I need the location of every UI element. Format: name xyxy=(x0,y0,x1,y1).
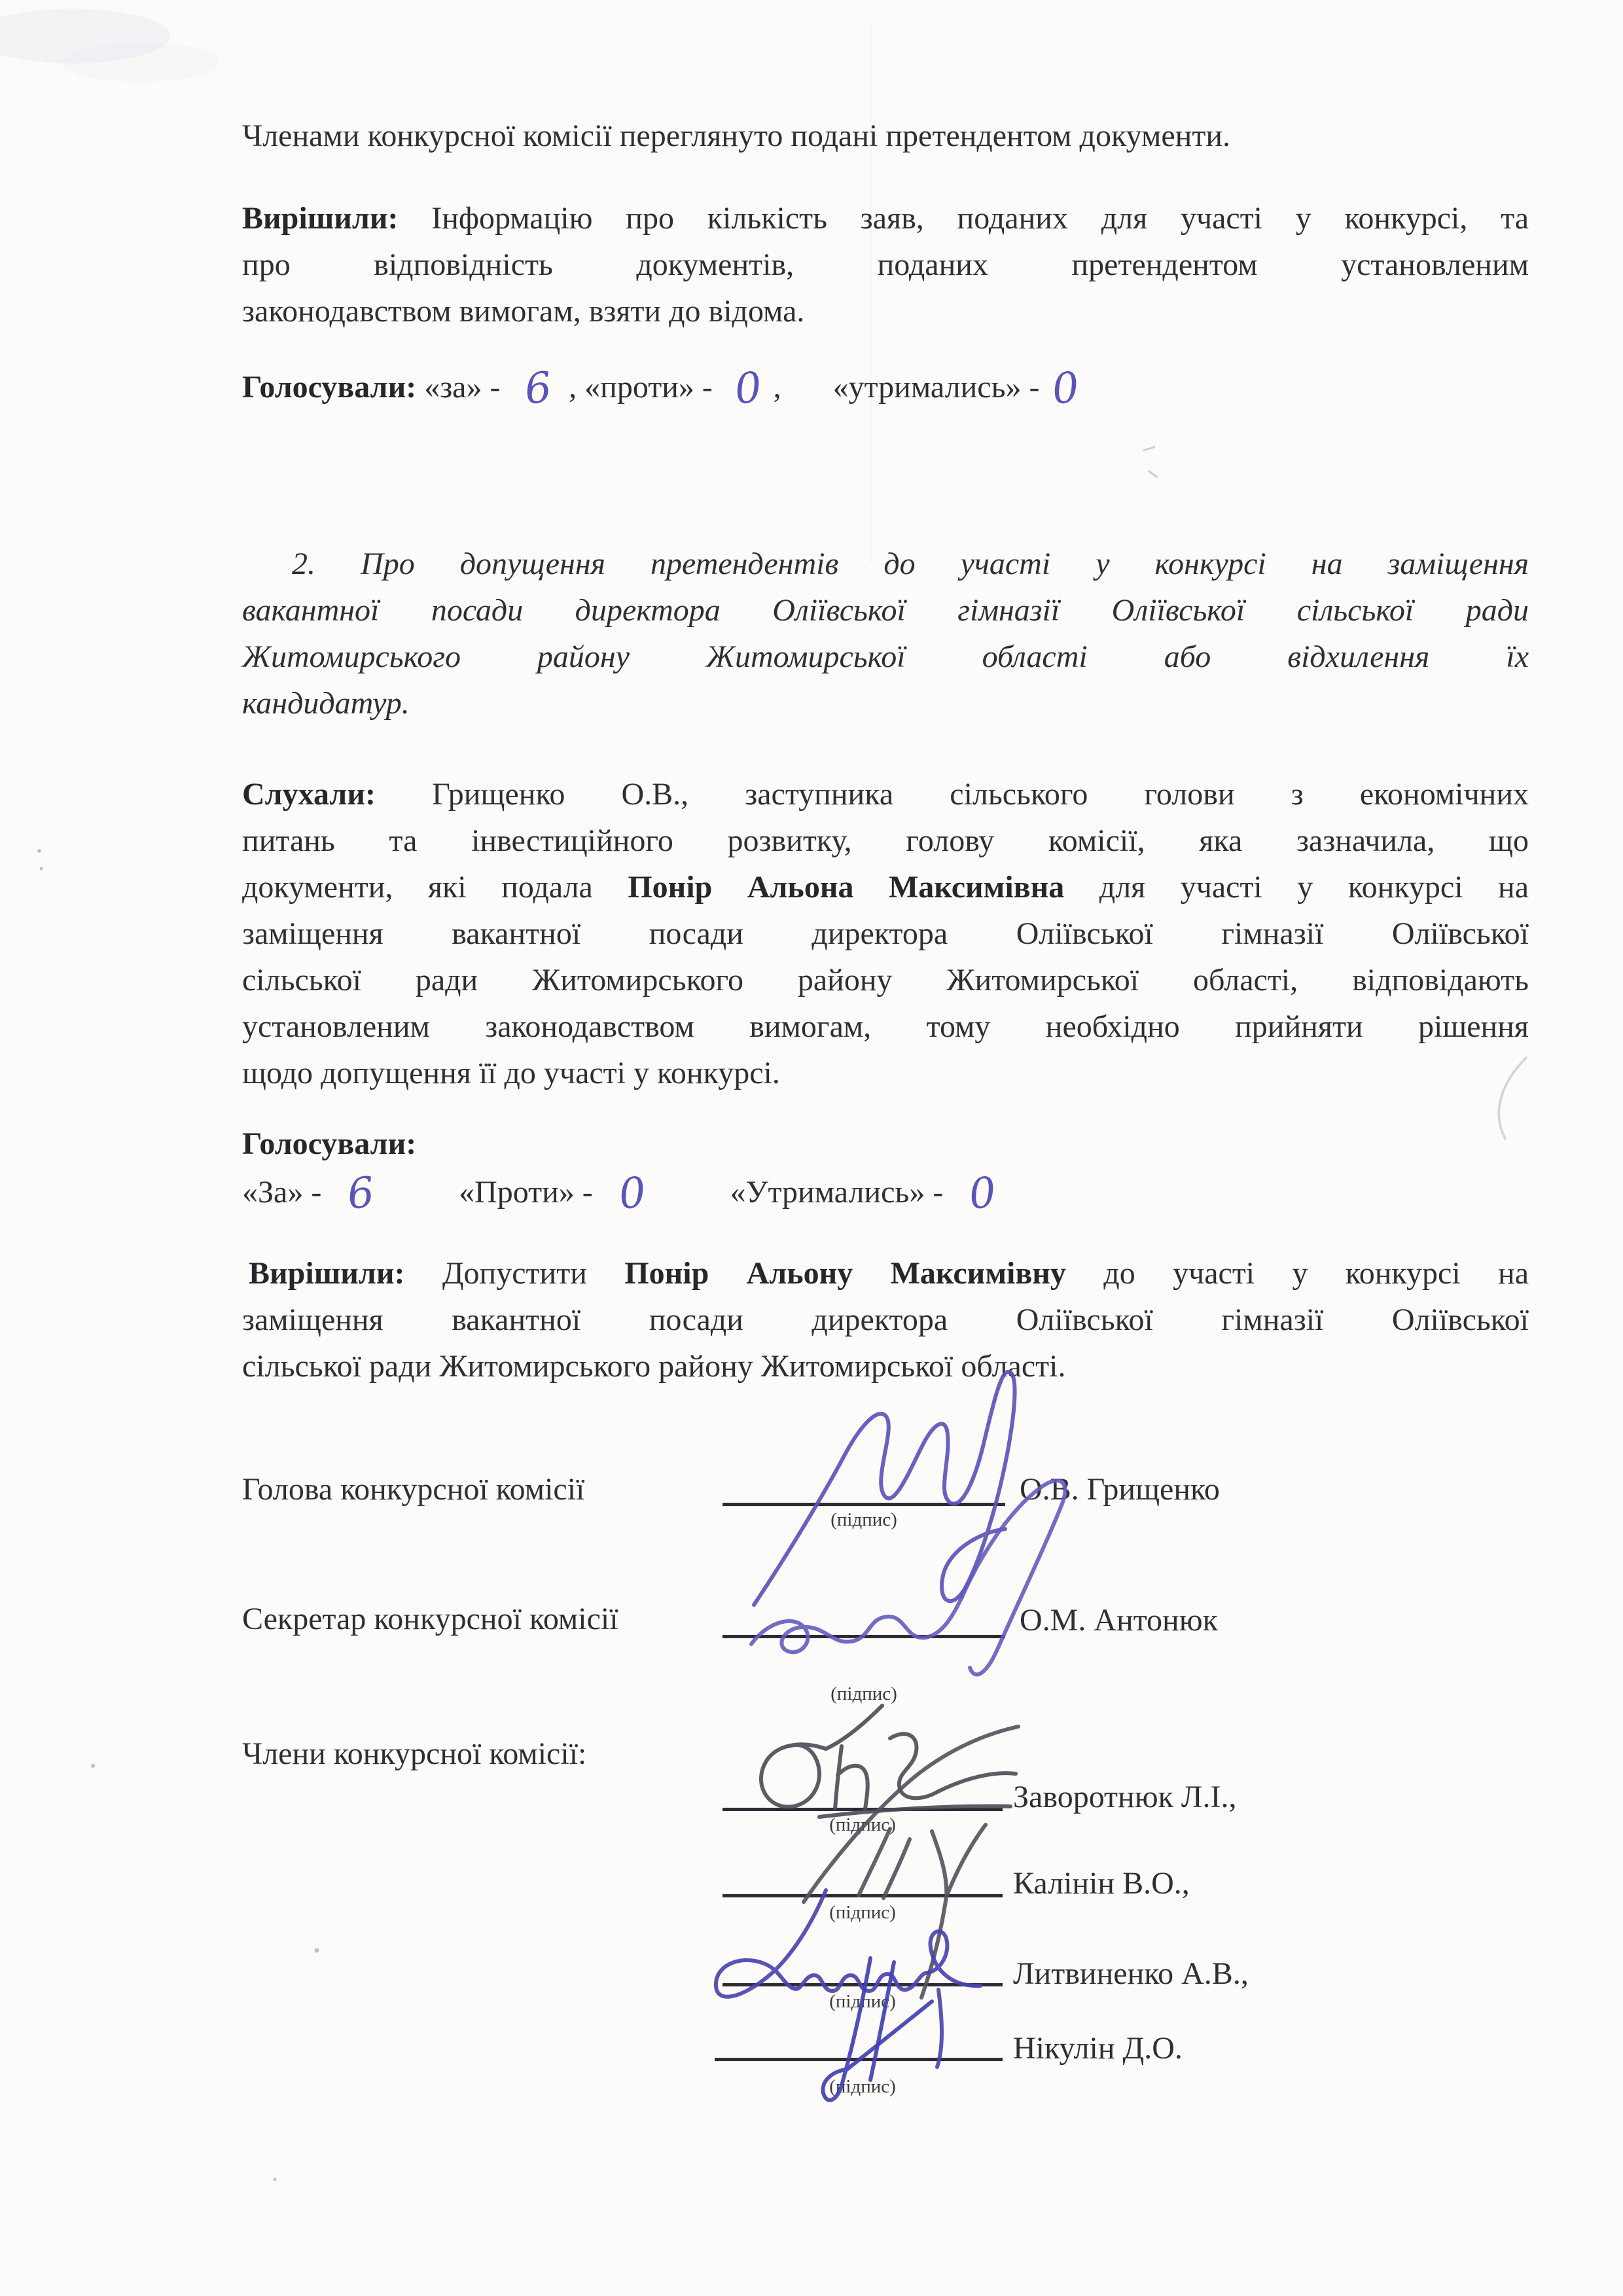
text-line: сільської ради Житомирського району Жито… xyxy=(242,1343,1529,1390)
handwritten-utrym-count: 0 xyxy=(1050,365,1082,414)
vote-1-comma: , xyxy=(774,370,781,404)
text-line: заміщення вакантної посади директора Олі… xyxy=(242,910,1529,957)
scanned-protocol-page: Членами конкурсної комісії переглянуто п… xyxy=(0,0,1623,2296)
sig-member-line xyxy=(722,1864,1003,1897)
sig-member-podpys-label: (підпис) xyxy=(722,1991,1003,2013)
text-line: законодавством вимогам, взяти до відома. xyxy=(242,288,1529,334)
text-line: кандидатур. xyxy=(242,680,1529,726)
heard-heading: Слухали: xyxy=(242,777,376,812)
sig-member-podpys-label: (підпис) xyxy=(722,1902,1003,1924)
decided-2-heading: Вирішили: xyxy=(249,1256,404,1291)
vote-1-za-label: «за» - xyxy=(424,370,500,404)
sig-head-label: Голова конкурсної комісії xyxy=(242,1471,584,1507)
text-line: 2. Про допущення претендентів до участі … xyxy=(242,541,1529,587)
vote-1-heading: Голосували: xyxy=(242,370,416,404)
vote-2-heading: Голосували: xyxy=(242,1126,416,1161)
sig-member-name: Калінін В.О., xyxy=(1013,1865,1190,1901)
scan-smudge xyxy=(0,9,170,63)
text-line: вакантної посади директора Оліївської гі… xyxy=(242,587,1529,634)
handwritten-za-count: 6 xyxy=(523,365,554,414)
sig-member-name: Нікулін Д.О. xyxy=(1013,2030,1183,2066)
vote-2-utrym-label: «Утримались» - xyxy=(730,1175,943,1210)
text-line: заміщення вакантної посади директора Олі… xyxy=(242,1297,1529,1343)
vote-1-utrym-label: «утримались» - xyxy=(833,370,1040,404)
handwritten-proty-count: 0 xyxy=(616,1170,648,1219)
text-line: питань та інвестиційного розвитку, голов… xyxy=(242,817,1529,864)
text-line: документи, які подала Понір Альона Макси… xyxy=(242,864,1529,910)
text-line: сільської ради Житомирського району Жито… xyxy=(242,957,1529,1003)
text-line: про відповідність документів, поданих пр… xyxy=(242,242,1529,288)
sig-secretary-line xyxy=(722,1604,1005,1638)
vote-line-1: Голосували: «за» - 6 , «проти» - 0 , «ут… xyxy=(242,364,1529,412)
sig-member-podpys-label: (підпис) xyxy=(722,2076,1003,2098)
handwritten-utrym-count: 0 xyxy=(967,1170,999,1219)
scan-artifact-marks xyxy=(1144,447,1157,477)
text-line: Вирішили: Допустити Понір Альону Максимі… xyxy=(242,1250,1529,1297)
sig-members-label: Члени конкурсної комісії: xyxy=(242,1736,586,1772)
handwritten-proty-count: 0 xyxy=(732,365,764,414)
sig-secretary-label: Секретар конкурсної комісії xyxy=(242,1601,618,1637)
sig-member-line xyxy=(722,1953,1003,1986)
sig-member-line xyxy=(715,2026,1003,2061)
sig-secretary-name: О.М. Антонюк xyxy=(1020,1602,1218,1638)
sig-member-podpys-label: (підпис) xyxy=(722,1814,1003,1836)
vote-line-2: «За» - 6 «Проти» - 0 «Утримались» - 0 xyxy=(242,1169,1529,1217)
text-line: установленим законодавством вимогам, том… xyxy=(242,1003,1529,1050)
sig-head-podpys-label: (підпис) xyxy=(722,1509,1005,1531)
sig-member-name: Заворотнюк Л.І., xyxy=(1013,1779,1236,1815)
sig-member-name: Литвиненко А.В., xyxy=(1013,1956,1249,1992)
handwritten-za-count: 6 xyxy=(346,1170,377,1219)
paragraph-decided-1: Вирішили: Інформацію про кількість заяв,… xyxy=(242,195,1529,334)
paragraph-reviewed: Членами конкурсної комісії переглянуто п… xyxy=(242,113,1529,159)
vote-2-proty-label: «Проти» - xyxy=(459,1175,593,1210)
text-line: Членами конкурсної комісії переглянуто п… xyxy=(242,113,1529,159)
sig-head-line xyxy=(722,1471,1005,1506)
text-line: Вирішили: Інформацію про кількість заяв,… xyxy=(242,195,1529,242)
sig-secretary-podpys-label: (підпис) xyxy=(722,1683,1005,1705)
text-line: Житомирського району Житомирської област… xyxy=(242,634,1529,680)
candidate-name: Понір Альону Максимівну xyxy=(624,1256,1066,1291)
vote-2-heading-block: Голосували: xyxy=(242,1121,1529,1167)
paragraph-decided-2: Вирішили: Допустити Понір Альону Максимі… xyxy=(242,1250,1529,1390)
decided-1-heading: Вирішили: xyxy=(242,201,398,236)
paragraph-heard: Слухали: Грищенко О.В., заступника сільс… xyxy=(242,771,1529,1096)
sig-member-line xyxy=(722,1778,1003,1811)
text-line: щодо допущення її до участі у конкурсі. xyxy=(242,1050,1529,1096)
paragraph-agenda-item-2: 2. Про допущення претендентів до участі … xyxy=(242,541,1529,726)
vote-2-za-label: «За» - xyxy=(242,1175,321,1210)
vote-1-proty-label: , «проти» - xyxy=(569,370,713,404)
text-line: Слухали: Грищенко О.В., заступника сільс… xyxy=(242,771,1529,817)
sig-head-name: О.В. Грищенко xyxy=(1020,1471,1220,1507)
scan-smudge xyxy=(62,43,219,82)
candidate-name: Понір Альона Максимівна xyxy=(628,870,1064,905)
